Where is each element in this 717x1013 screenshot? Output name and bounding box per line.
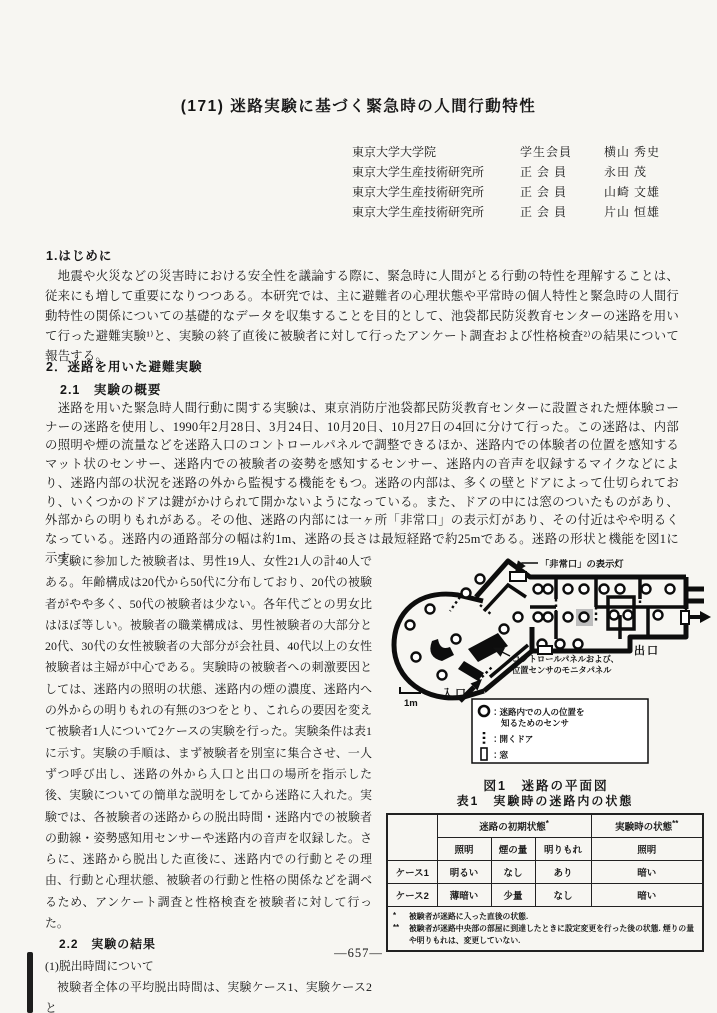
cell: 明るい [437, 861, 491, 884]
cell: あり [535, 861, 591, 884]
author-affiliation: 東京大学大学院 [352, 142, 520, 162]
initial-state-header: 迷路の初期状態* [437, 814, 591, 838]
section-1-body: 地震や火災などの災害時における安全性を議論する際に、緊急時に人間がとる行動の特性… [45, 266, 679, 366]
author-block: 東京大学大学院 学生会員 横山 秀史 東京大学生産技術研究所 正 会 員 永田 … [352, 142, 694, 222]
section-2-1-heading: 2.1 実験の概要 [60, 380, 161, 398]
subheader-lighting: 照明 [437, 838, 491, 861]
author-row: 東京大学生産技術研究所 正 会 員 片山 恒雄 [352, 202, 694, 222]
legend-window-text: ：窓 [491, 750, 509, 760]
control-panel-label-line1: コントロールパネルおよび、 [512, 654, 619, 664]
table-row: ケース2 薄暗い 少量 なし 暗い [387, 884, 703, 907]
subheader-smoke: 煙の量 [491, 838, 535, 861]
author-membership: 正 会 員 [520, 182, 604, 202]
cell: 暗い [591, 884, 703, 907]
author-affiliation: 東京大学生産技術研究所 [352, 162, 520, 182]
legend-sensor-text-line1: ：迷路内での人の位置を [491, 707, 585, 717]
author-membership: 学生会員 [520, 142, 604, 162]
exit-sign-label: 「非常口」の表示灯 [540, 558, 624, 569]
author-row: 東京大学大学院 学生会員 横山 秀史 [352, 142, 694, 162]
cell: 少量 [491, 884, 535, 907]
section-2-2-body: 被験者全体の平均脱出時間は、実験ケース1、実験ケース2と [45, 977, 372, 1013]
table-footnote-row: * 被験者が迷路に入った直後の状態. ** 被験者が迷路中央部の部屋に到達したと… [387, 907, 703, 951]
cell: 薄暗い [437, 884, 491, 907]
author-name: 山崎 文雄 [604, 182, 694, 202]
exit-label: 出口 [634, 643, 660, 657]
paper-page: (171) 迷路実験に基づく緊急時の人間行動特性 東京大学大学院 学生会員 横山… [0, 0, 717, 1013]
table-1-caption: 表1 実験時の迷路内の状態 [386, 792, 704, 809]
table-header-group-row: 迷路の初期状態* 実験時の状態** [387, 814, 703, 838]
row-label: ケース1 [387, 861, 437, 884]
cell: なし [491, 861, 535, 884]
window-legend-icon [481, 748, 487, 760]
subheader-lightleak: 明りもれ [535, 838, 591, 861]
figure-1: 1m 「非常口」の表示灯 出口 入口 コントロールパネルおよび、 位置センサのモ… [380, 549, 712, 794]
section-2-heading: 2．迷路を用いた避難実験 [46, 357, 202, 375]
author-name: 永田 茂 [604, 162, 694, 182]
left-column: 実験に参加した被験者は、男性19人、女性21人の計40人である。年齢構成は20代… [45, 551, 372, 1013]
page-number: —657— [0, 946, 717, 961]
legend-sensor-text-line2: 知るためのセンサ [501, 718, 569, 728]
author-row: 東京大学生産技術研究所 正 会 員 永田 茂 [352, 162, 694, 182]
experiment-state-header: 実験時の状態** [591, 814, 703, 838]
scale-label: 1m [404, 698, 418, 709]
entrance-label: 入口 [442, 686, 468, 700]
cell: なし [535, 884, 591, 907]
legend-door-text: ：開くドア [491, 734, 533, 744]
row-label: ケース2 [387, 884, 437, 907]
exit-arrow [688, 611, 711, 623]
table-row: ケース1 明るい なし あり 暗い [387, 861, 703, 884]
figure-legend: ：迷路内での人の位置を 知るためのセンサ ：開くドア ：窓 [472, 699, 648, 763]
table-footnotes: * 被験者が迷路に入った直後の状態. ** 被験者が迷路中央部の部屋に到達したと… [387, 907, 703, 951]
maze-floorplan-diagram: 1m 「非常口」の表示灯 出口 入口 コントロールパネルおよび、 位置センサのモ… [380, 549, 712, 768]
author-membership: 正 会 員 [520, 162, 604, 182]
section-2-1-body-continued: 実験に参加した被験者は、男性19人、女性21人の計40人である。年齢構成は20代… [45, 551, 372, 934]
experiment-conditions-table: 迷路の初期状態* 実験時の状態** 照明 煙の量 明りもれ 照明 ケース1 明る… [386, 813, 704, 952]
footnote: ** 被験者が迷路中央部の部屋に到達したときに設定変更を行った後の状態. 煙りの… [393, 923, 697, 946]
sensor-legend-icon [479, 706, 489, 716]
subheader-lighting-2: 照明 [591, 838, 703, 861]
control-panel-label-line2: 位置センサのモニタパネル [512, 665, 612, 675]
author-membership: 正 会 員 [520, 202, 604, 222]
emergency-exit-sign-box [510, 572, 526, 581]
paper-title: (171) 迷路実験に基づく緊急時の人間行動特性 [0, 94, 717, 116]
author-row: 東京大学生産技術研究所 正 会 員 山崎 文雄 [352, 182, 694, 202]
empty-header-cell [387, 814, 437, 861]
section-1-heading: 1.はじめに [46, 246, 112, 264]
author-affiliation: 東京大学生産技術研究所 [352, 182, 520, 202]
author-name: 片山 恒雄 [604, 202, 694, 222]
author-affiliation: 東京大学生産技術研究所 [352, 202, 520, 222]
author-name: 横山 秀史 [604, 142, 694, 162]
footnote: * 被験者が迷路に入った直後の状態. [393, 911, 697, 922]
table-1: 表1 実験時の迷路内の状態 迷路の初期状態* 実験時の状態** 照明 煙の量 明… [386, 792, 704, 952]
scan-artifact [27, 952, 33, 1013]
cell: 暗い [591, 861, 703, 884]
section-2-1-body: 迷路を用いた緊急時人間行動に関する実験は、東京消防庁池袋都民防災教育センターに設… [45, 399, 679, 567]
